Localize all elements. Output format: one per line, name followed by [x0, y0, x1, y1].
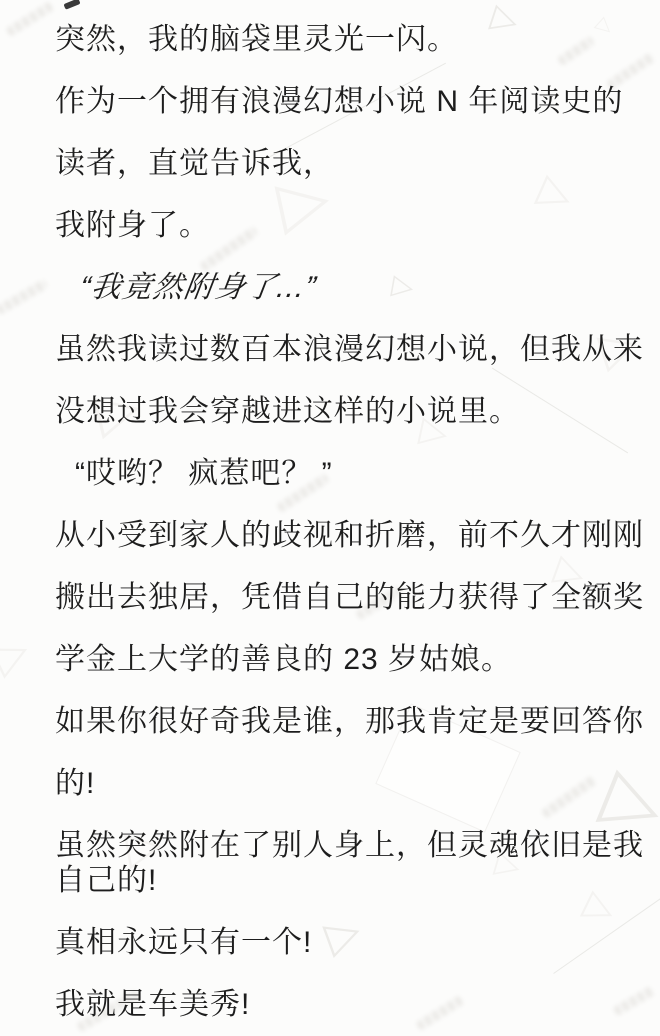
text-line: 突然，我的脑袋里灵光一闪。: [55, 14, 630, 76]
text-line: 我附身了。: [55, 200, 630, 262]
text-line: 搬出去独居，凭借自己的能力获得了全额奖: [55, 572, 630, 634]
text-line: 我就是车美秀!: [55, 979, 630, 1036]
novel-page: ▷ ▷ ▷ ▷ ▷ ▷ ▷ ▷ ▷ ▷ ▷ ▷ ▷ ▷ ▷ 突然，我的脑袋里灵光…: [0, 0, 660, 1036]
text-line: 虽然我读过数百本浪漫幻想小说，但我从来: [55, 324, 630, 386]
watermark-smudge: [5, 1, 54, 37]
text-line: 读者，直觉告诉我，: [55, 138, 630, 200]
text-line: 如果你很好奇我是谁，那我肯定是要回答你: [55, 696, 630, 758]
text-line: 的!: [55, 758, 630, 820]
watermark-triangle-icon: ▷: [0, 627, 36, 681]
text-line: “我竟然附身了...”: [55, 262, 639, 324]
text-line: 没想过我会穿越进这样的小说里。: [55, 386, 630, 448]
text-content: 突然，我的脑袋里灵光一闪。作为一个拥有浪漫幻想小说 N 年阅读史的读者，直觉告诉…: [55, 14, 630, 1036]
text-line: 作为一个拥有浪漫幻想小说 N 年阅读史的: [55, 76, 630, 138]
text-line: 自己的!: [55, 855, 630, 917]
watermark-smudge: [0, 279, 49, 316]
text-line: 真相永远只有一个!: [55, 917, 630, 979]
text-line: “哎哟？ 疯惹吧？ ”: [55, 448, 630, 510]
text-line: 从小受到家人的歧视和折磨，前不久才刚刚: [55, 510, 630, 572]
text-line: 学金上大学的善良的 23 岁姑娘。: [55, 634, 630, 696]
cropped-character-fragment: [63, 0, 80, 10]
